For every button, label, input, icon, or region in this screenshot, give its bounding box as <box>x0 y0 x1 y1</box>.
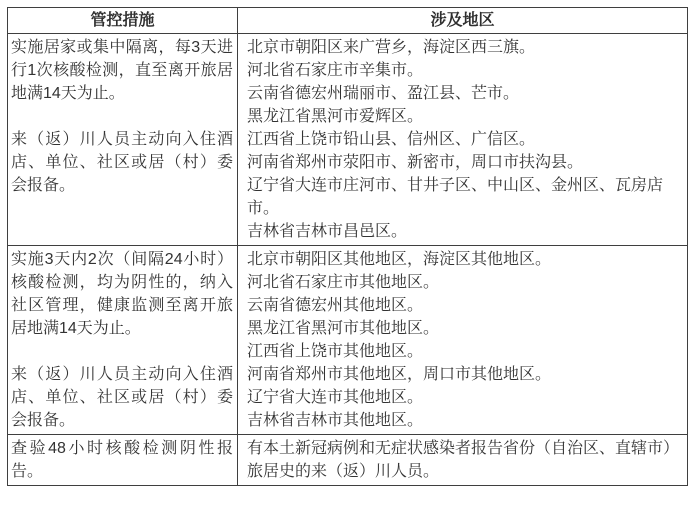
region-line: 江西省上饶市铅山县、信州区、广信区。 <box>247 128 679 151</box>
measure-paragraph: 实施3天内2次（间隔24小时）核酸检测，均为阴性的，纳入社区管理，健康监测至离开… <box>11 248 233 340</box>
region-line: 黑龙江省黑河市爱辉区。 <box>247 105 679 128</box>
measures-cell: 实施居家或集中隔离，每3天进行1次核酸检测，直至离开旅居地满14天为止。来（返）… <box>8 34 238 246</box>
region-line: 北京市朝阳区来广营乡，海淀区西三旗。 <box>247 36 679 59</box>
control-measures-table: 管控措施 涉及地区 实施居家或集中隔离，每3天进行1次核酸检测，直至离开旅居地满… <box>7 7 688 486</box>
table-body: 实施居家或集中隔离，每3天进行1次核酸检测，直至离开旅居地满14天为止。来（返）… <box>8 34 688 486</box>
measures-cell: 实施3天内2次（间隔24小时）核酸检测，均为阴性的，纳入社区管理，健康监测至离开… <box>8 246 238 435</box>
table-row: 实施居家或集中隔离，每3天进行1次核酸检测，直至离开旅居地满14天为止。来（返）… <box>8 34 688 246</box>
header-measures: 管控措施 <box>8 8 238 34</box>
measure-paragraph: 查验48小时核酸检测阴性报告。 <box>11 437 233 483</box>
region-line: 江西省上饶市其他地区。 <box>247 340 679 363</box>
regions-cell: 有本土新冠病例和无症状感染者报告省份（自治区、直辖市）旅居史的来（返）川人员。 <box>238 435 688 486</box>
region-line: 云南省德宏州瑞丽市、盈江县、芒市。 <box>247 82 679 105</box>
region-line: 河北省石家庄市辛集市。 <box>247 59 679 82</box>
measure-paragraph: 来（返）川人员主动向入住酒店、单位、社区或居（村）委会报备。 <box>11 363 233 432</box>
region-line: 吉林省吉林市其他地区。 <box>247 409 679 432</box>
table-header: 管控措施 涉及地区 <box>8 8 688 34</box>
region-line: 吉林省吉林市昌邑区。 <box>247 220 679 243</box>
region-line: 河北省石家庄市其他地区。 <box>247 271 679 294</box>
region-line: 河南省郑州市其他地区，周口市其他地区。 <box>247 363 679 386</box>
region-line: 辽宁省大连市其他地区。 <box>247 386 679 409</box>
region-line: 北京市朝阳区其他地区，海淀区其他地区。 <box>247 248 679 271</box>
regions-cell: 北京市朝阳区来广营乡，海淀区西三旗。河北省石家庄市辛集市。云南省德宏州瑞丽市、盈… <box>238 34 688 246</box>
region-line: 有本土新冠病例和无症状感染者报告省份（自治区、直辖市）旅居史的来（返）川人员。 <box>247 437 679 483</box>
document-page: 管控措施 涉及地区 实施居家或集中隔离，每3天进行1次核酸检测，直至离开旅居地满… <box>0 0 693 505</box>
region-line: 辽宁省大连市庄河市、甘井子区、中山区、金州区、瓦房店市。 <box>247 174 679 220</box>
header-regions: 涉及地区 <box>238 8 688 34</box>
region-line: 云南省德宏州其他地区。 <box>247 294 679 317</box>
measure-paragraph: 来（返）川人员主动向入住酒店、单位、社区或居（村）委会报备。 <box>11 128 233 197</box>
table-row: 查验48小时核酸检测阴性报告。有本土新冠病例和无症状感染者报告省份（自治区、直辖… <box>8 435 688 486</box>
table-row: 实施3天内2次（间隔24小时）核酸检测，均为阴性的，纳入社区管理，健康监测至离开… <box>8 246 688 435</box>
header-row: 管控措施 涉及地区 <box>8 8 688 34</box>
measures-cell: 查验48小时核酸检测阴性报告。 <box>8 435 238 486</box>
measure-paragraph: 实施居家或集中隔离，每3天进行1次核酸检测，直至离开旅居地满14天为止。 <box>11 36 233 105</box>
region-line: 黑龙江省黑河市其他地区。 <box>247 317 679 340</box>
regions-cell: 北京市朝阳区其他地区，海淀区其他地区。河北省石家庄市其他地区。云南省德宏州其他地… <box>238 246 688 435</box>
region-line: 河南省郑州市荥阳市、新密市，周口市扶沟县。 <box>247 151 679 174</box>
